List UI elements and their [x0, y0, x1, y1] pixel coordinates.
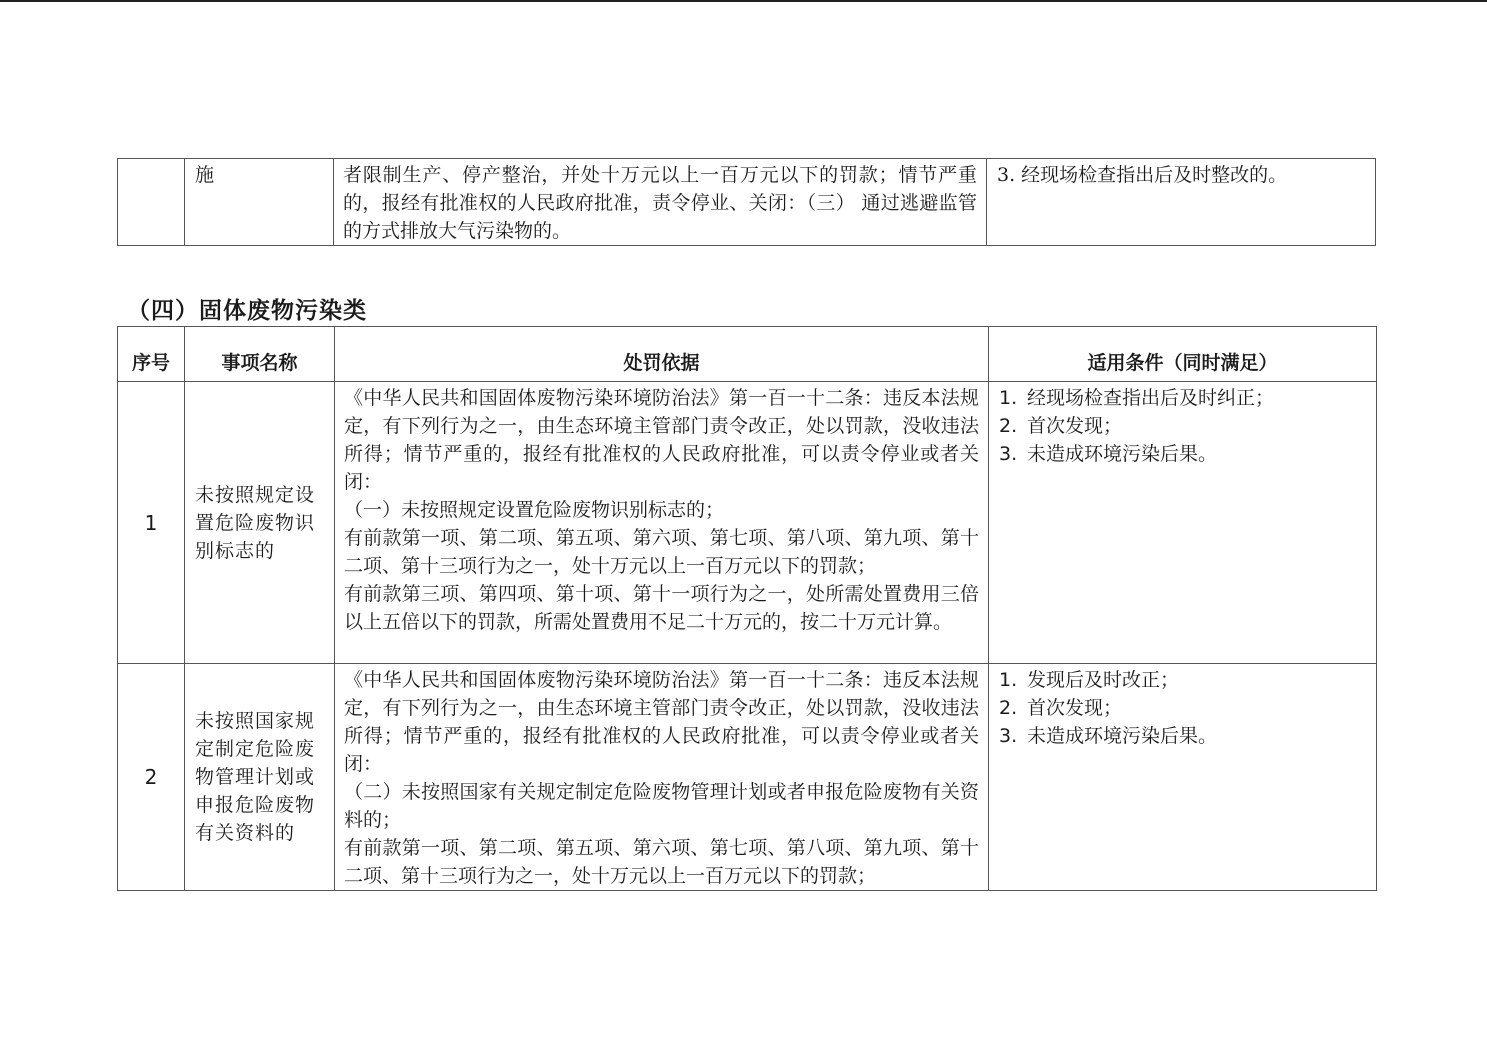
condition-item: 2.首次发现； [989, 694, 1376, 722]
penalty-basis-cell: 《中华人民共和国固体废物污染环境防治法》第一百一十二条：违反本法规定，有下列行为… [335, 382, 989, 664]
basis-paragraph: 有前款第一项、第二项、第五项、第六项、第七项、第八项、第九项、第十二项、第十三项… [335, 834, 988, 890]
basis-paragraph: 《中华人民共和国固体废物污染环境防治法》第一百一十二条：违反本法规定，有下列行为… [335, 664, 988, 778]
row-number-cell: 2 [118, 664, 185, 891]
section-title: （四）固体废物污染类 [127, 292, 367, 325]
basis-paragraph: （一）未按照规定设置危险废物识别标志的； [335, 496, 988, 524]
conditions-cell: 1.经现场检查指出后及时纠正； 2.首次发现； 3.未造成环境污染后果。 [989, 382, 1377, 664]
previous-table-continuation: 施 者限制生产、停产整治，并处十万元以上一百万元以下的罚款；情节严重的，报经有批… [117, 158, 1376, 246]
table-header-row: 序号 事项名称 处罚依据 适用条件（同时满足） [118, 327, 1377, 382]
condition-item: 1.发现后及时改正； [989, 664, 1376, 694]
item-name-cell: 未按照规定设置危险废物识别标志的 [185, 382, 335, 664]
table-row: 2 未按照国家规定制定危险废物管理计划或申报危险废物有关资料的 《中华人民共和国… [118, 664, 1377, 891]
solid-waste-table: 序号 事项名称 处罚依据 适用条件（同时满足） 1 未按照规定设置危险废物识别标… [117, 326, 1377, 891]
item-name-cell: 未按照国家规定制定危险废物管理计划或申报危险废物有关资料的 [185, 664, 335, 891]
header-number: 序号 [118, 327, 185, 382]
basis-paragraph: （二）未按照国家有关规定制定危险废物管理计划或者申报危险废物有关资料的； [335, 778, 988, 834]
penalty-basis-cell: 《中华人民共和国固体废物污染环境防治法》第一百一十二条：违反本法规定，有下列行为… [335, 664, 989, 891]
condition-item: 2.首次发现； [989, 412, 1376, 440]
table-row: 1 未按照规定设置危险废物识别标志的 《中华人民共和国固体废物污染环境防治法》第… [118, 382, 1377, 664]
condition-item: 1.经现场检查指出后及时纠正； [989, 382, 1376, 412]
basis-paragraph: 《中华人民共和国固体废物污染环境防治法》第一百一十二条：违反本法规定，有下列行为… [335, 382, 988, 496]
condition-item: 3.未造成环境污染后果。 [989, 440, 1376, 468]
table-row: 施 者限制生产、停产整治，并处十万元以上一百万元以下的罚款；情节严重的，报经有批… [118, 159, 1376, 246]
basis-paragraph: 有前款第三项、第四项、第十项、第十一项行为之一，处所需处置费用三倍以上五倍以下的… [335, 580, 988, 636]
condition-item: 3.未造成环境污染后果。 [989, 722, 1376, 750]
row-number-cell: 1 [118, 382, 185, 664]
row-number-cell [118, 159, 185, 246]
page-top-border [0, 0, 1487, 2]
header-conditions: 适用条件（同时满足） [989, 327, 1377, 382]
penalty-basis-cell: 者限制生产、停产整治，并处十万元以上一百万元以下的罚款；情节严重的，报经有批准权… [334, 159, 987, 246]
conditions-cell: 1.发现后及时改正； 2.首次发现； 3.未造成环境污染后果。 [989, 664, 1377, 891]
header-item-name: 事项名称 [185, 327, 335, 382]
item-name-cell: 施 [185, 159, 334, 246]
header-penalty-basis: 处罚依据 [335, 327, 989, 382]
conditions-cell: 3. 经现场检查指出后及时整改的。 [987, 159, 1376, 246]
basis-paragraph: 有前款第一项、第二项、第五项、第六项、第七项、第八项、第九项、第十二项、第十三项… [335, 524, 988, 580]
